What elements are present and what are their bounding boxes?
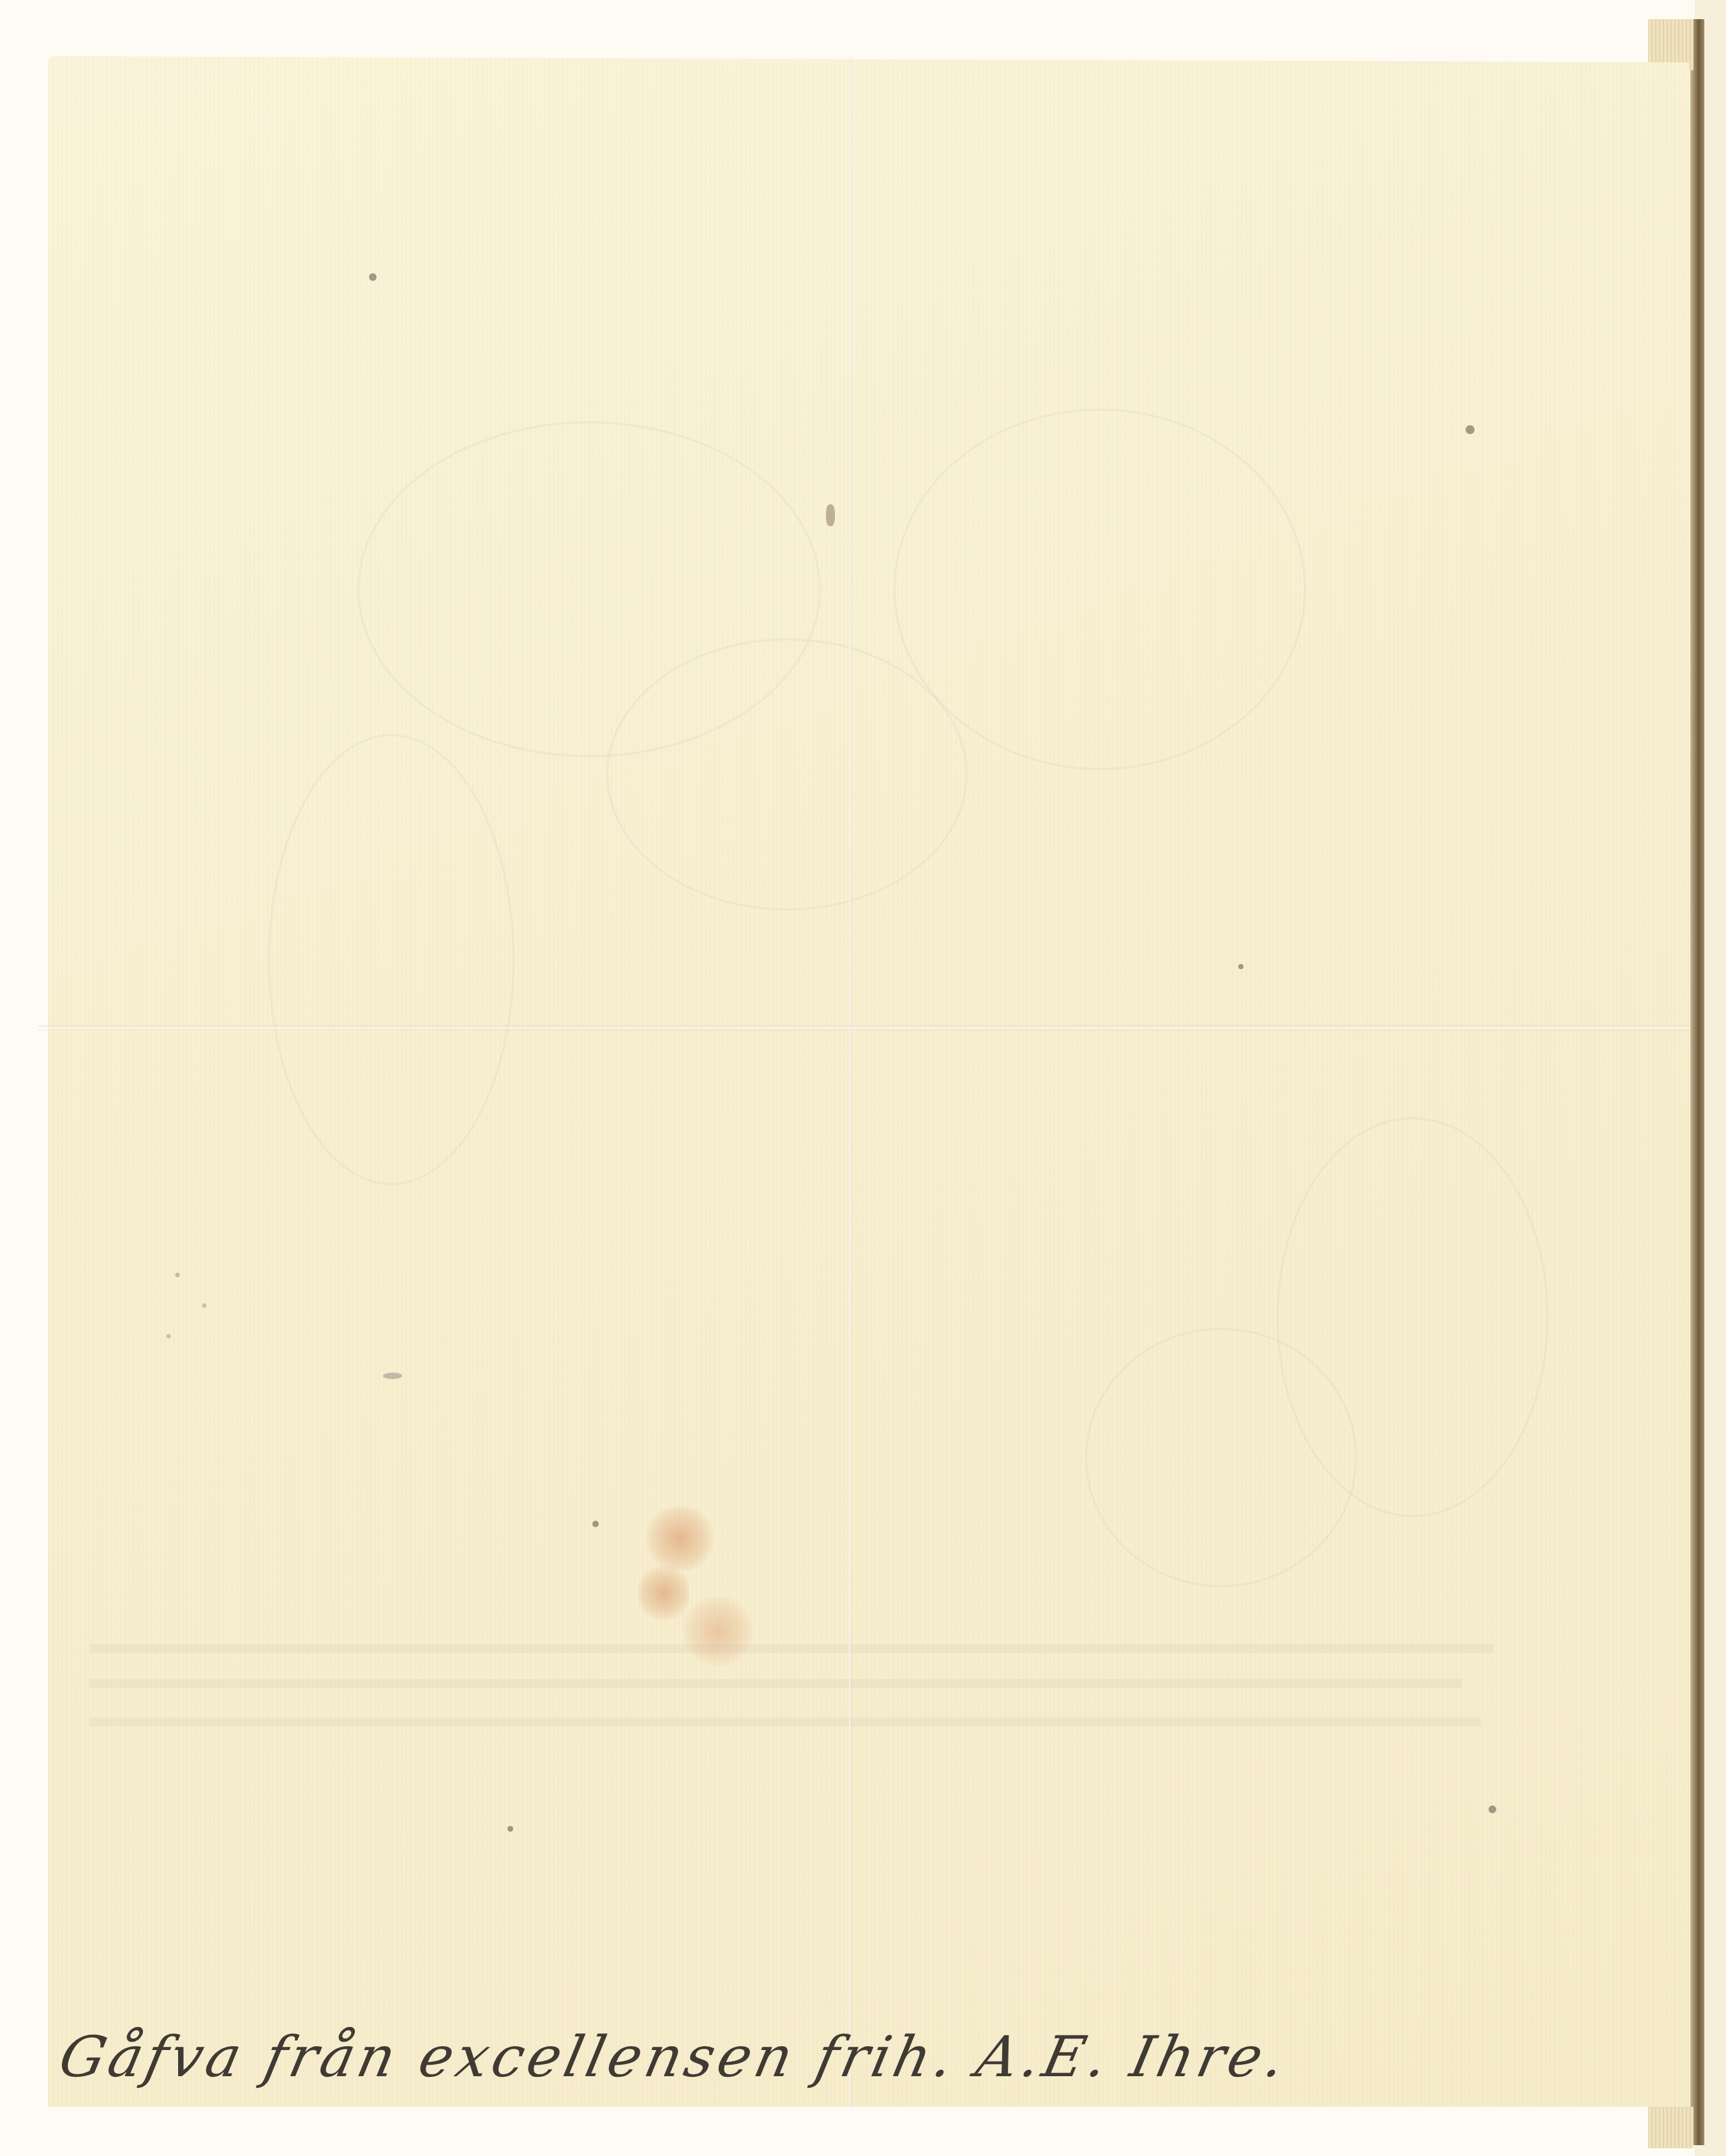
provenance-inscription: Gåfva från excellensen frih. A.E. Ihre. xyxy=(54,2024,1294,2090)
vertical-fold xyxy=(848,56,852,2107)
guard-tab-bottom xyxy=(1648,2107,1693,2148)
foxing-spot xyxy=(1238,964,1243,969)
foxing-spot xyxy=(592,1521,599,1527)
bleed-through-drawing xyxy=(606,638,968,910)
rust-stain xyxy=(638,1564,689,1622)
bleed-through-text xyxy=(89,1679,1462,1688)
foxing-spot xyxy=(369,273,377,281)
binding-spine xyxy=(1690,19,1704,2145)
foxing-spot xyxy=(507,1826,513,1832)
bleed-through-text xyxy=(89,1717,1481,1726)
ink-marks xyxy=(160,1267,249,1344)
foxing-spot xyxy=(383,1373,402,1379)
rust-stain xyxy=(645,1507,715,1571)
foxing-spot xyxy=(826,504,835,526)
bleed-through-drawing xyxy=(268,734,514,1185)
bleed-through-drawing xyxy=(894,409,1306,770)
foxing-spot xyxy=(1489,1805,1496,1813)
bleed-through-drawing xyxy=(1085,1328,1357,1587)
bleed-through-text xyxy=(89,1644,1494,1653)
foxing-spot xyxy=(1466,425,1475,434)
rust-stain xyxy=(683,1596,753,1666)
horizontal-fold xyxy=(38,1025,1690,1030)
